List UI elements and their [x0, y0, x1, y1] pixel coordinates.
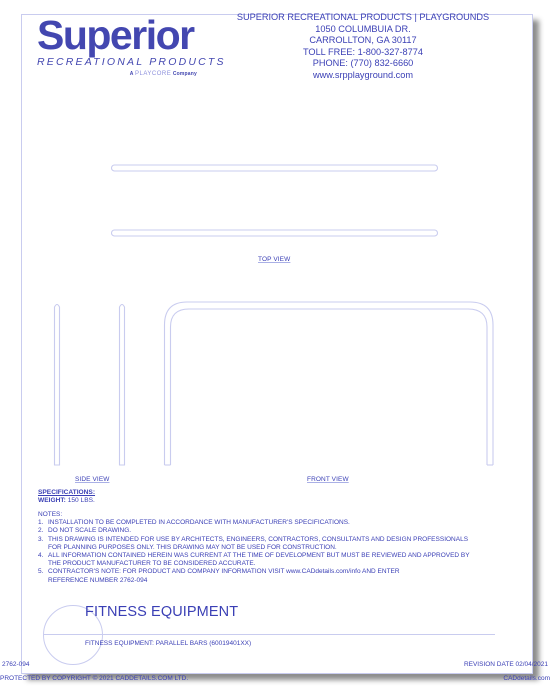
weight-label: WEIGHT:	[38, 497, 66, 504]
weight-value: 150 LBS.	[68, 497, 95, 504]
front-view-bar-inner	[171, 309, 488, 465]
cad-drawing	[0, 0, 550, 700]
note-continuation: THE PRODUCT MANUFACTURER TO BE CONSIDERE…	[38, 560, 508, 568]
note-item: 3. THIS DRAWING IS INTENDED FOR USE BY A…	[38, 536, 508, 544]
drawing-subtitle: FITNESS EQUIPMENT: PARALLEL BARS (600194…	[85, 640, 251, 647]
copyright-notice: PROTECTED BY COPYRIGHT © 2021 CADDETAILS…	[0, 675, 188, 682]
note-item: 1. INSTALLATION TO BE COMPLETED IN ACCOR…	[38, 519, 508, 527]
note-item: 4. ALL INFORMATION CONTAINED HEREIN WAS …	[38, 552, 508, 560]
side-view-post-2	[120, 305, 125, 466]
weight-row: WEIGHT: 150 LBS.	[38, 497, 95, 505]
side-view-label: SIDE VIEW	[75, 476, 110, 483]
top-view-bar-2	[112, 230, 438, 236]
specifications: SPECIFICATIONS: WEIGHT: 150 LBS.	[38, 489, 95, 506]
caddetails-link[interactable]: CADdetails.com	[503, 675, 550, 682]
side-view-post-1	[55, 305, 60, 466]
specifications-heading: SPECIFICATIONS:	[38, 489, 95, 497]
top-view-bar-1	[112, 165, 438, 171]
reference-id: 2762-094	[2, 661, 29, 668]
notes: NOTES: 1. INSTALLATION TO BE COMPLETED I…	[38, 511, 508, 585]
front-view-bar-outer	[165, 302, 494, 465]
note-item: 5. CONTRACTOR'S NOTE: FOR PRODUCT AND CO…	[38, 568, 508, 576]
revision-date: REVISION DATE 02/04/2021	[464, 661, 548, 668]
title-block-divider	[85, 634, 495, 635]
note-continuation: REFERENCE NUMBER 2762-094	[38, 577, 508, 585]
note-continuation: FOR PLANNING PURPOSES ONLY. THIS DRAWING…	[38, 544, 508, 552]
top-view-label: TOP VIEW	[258, 256, 290, 263]
front-view-label: FRONT VIEW	[307, 476, 349, 483]
drawing-title: FITNESS EQUIPMENT	[85, 604, 238, 620]
note-item: 2. DO NOT SCALE DRAWING.	[38, 527, 508, 535]
notes-heading: NOTES:	[38, 511, 508, 519]
